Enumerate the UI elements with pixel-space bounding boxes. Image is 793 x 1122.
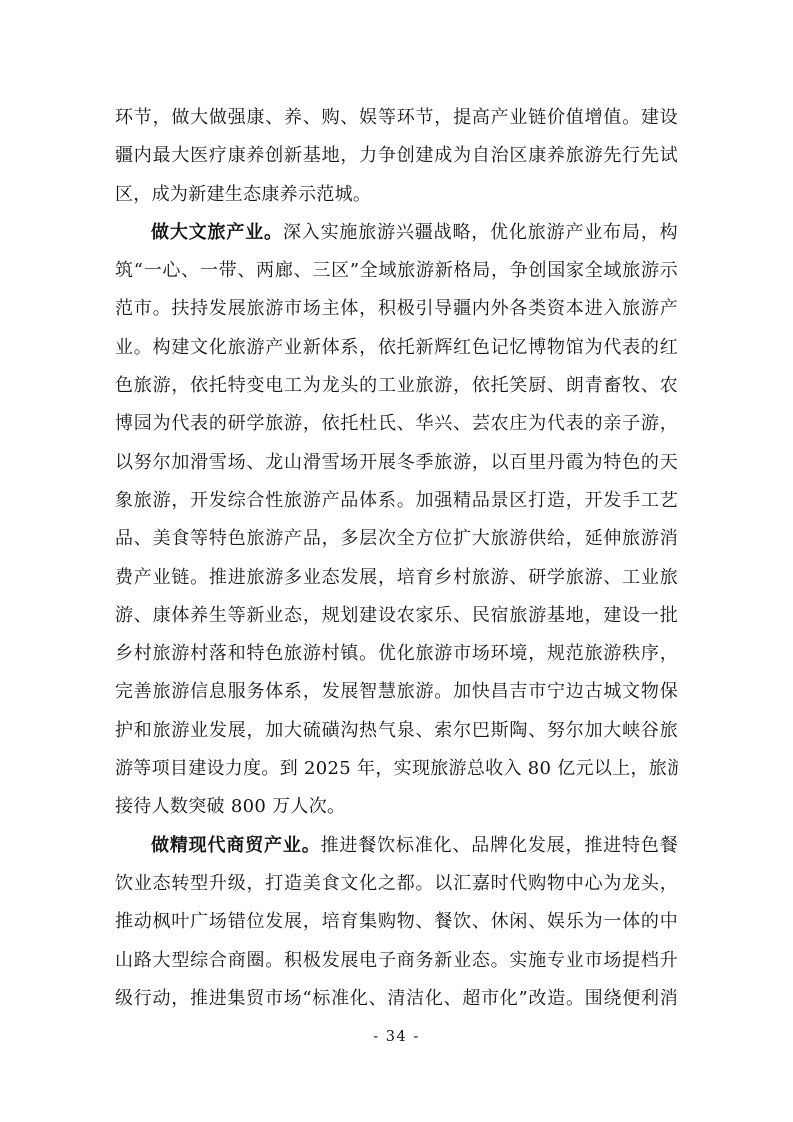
document-body: 环节，做大做强康、养、购、娱等环节，提高产业链价值增值。建设疆内最大医疗康养创新… [115, 99, 678, 1018]
text-line: 接待人数突破 800 万人次。 [115, 788, 678, 826]
text-line: 疆内最大医疗康养创新基地，力争创建成为自治区康养旅游先行先试 [115, 137, 678, 175]
text-line: 护和旅游业发展，加大硫磺沟热气泉、索尔巴斯陶、努尔加大峡谷旅 [115, 712, 678, 750]
text-line: 筑“一心、一带、两廊、三区”全域旅游新格局，争创国家全域旅游示 [115, 252, 678, 290]
text-line: 做精现代商贸产业。推进餐饮标准化、品牌化发展，推进特色餐 [115, 827, 678, 865]
text-line: 费产业链。推进旅游多业态发展，培育乡村旅游、研学旅游、工业旅 [115, 559, 678, 597]
text-line: 品、美食等特色旅游产品，多层次全方位扩大旅游供给，延伸旅游消 [115, 520, 678, 558]
text-line: 范市。扶持发展旅游市场主体，积极引导疆内外各类资本进入旅游产 [115, 290, 678, 328]
text-line: 色旅游，依托特变电工为龙头的工业旅游，依托笑厨、朗青畜牧、农 [115, 367, 678, 405]
text-line: 象旅游，开发综合性旅游产品体系。加强精品景区打造，开发手工艺 [115, 482, 678, 520]
text-line: 区，成为新建生态康养示范城。 [115, 176, 678, 214]
text-line: 完善旅游信息服务体系，发展智慧旅游。加快昌吉市宁边古城文物保 [115, 673, 678, 711]
text-line: 博园为代表的研学旅游，依托杜氏、华兴、芸农庄为代表的亲子游， [115, 405, 678, 443]
text-line: 乡村旅游村落和特色旅游村镇。优化旅游市场环境，规范旅游秩序， [115, 635, 678, 673]
text-line: 做大文旅产业。深入实施旅游兴疆战略，优化旅游产业布局，构 [115, 214, 678, 252]
paragraph-lead-bold: 做精现代商贸产业。 [151, 835, 321, 856]
text-line: 级行动，推进集贸市场“标准化、清洁化、超市化”改造。围绕便利消 [115, 980, 678, 1018]
text-line: 饮业态转型升级，打造美食文化之都。以汇嘉时代购物中心为龙头， [115, 865, 678, 903]
text-line: 以努尔加滑雪场、龙山滑雪场开展冬季旅游，以百里丹霞为特色的天 [115, 444, 678, 482]
text-line: 推动枫叶广场错位发展，培育集购物、餐饮、休闲、娱乐为一体的中 [115, 903, 678, 941]
text-line: 业。构建文化旅游产业新体系，依托新辉红色记忆博物馆为代表的红 [115, 329, 678, 367]
text-line: 山路大型综合商圈。积极发展电子商务新业态。实施专业市场提档升 [115, 942, 678, 980]
text-line: 环节，做大做强康、养、购、娱等环节，提高产业链价值增值。建设 [115, 99, 678, 137]
paragraph-lead-bold: 做大文旅产业。 [151, 222, 283, 243]
page-number: - 34 - [0, 1026, 793, 1048]
text-line: 游、康体养生等新业态，规划建设农家乐、民宿旅游基地，建设一批 [115, 597, 678, 635]
text-line: 游等项目建设力度。到 2025 年，实现旅游总收入 80 亿元以上，旅游 [115, 750, 678, 788]
document-page: 环节，做大做强康、养、购、娱等环节，提高产业链价值增值。建设疆内最大医疗康养创新… [0, 0, 793, 1122]
